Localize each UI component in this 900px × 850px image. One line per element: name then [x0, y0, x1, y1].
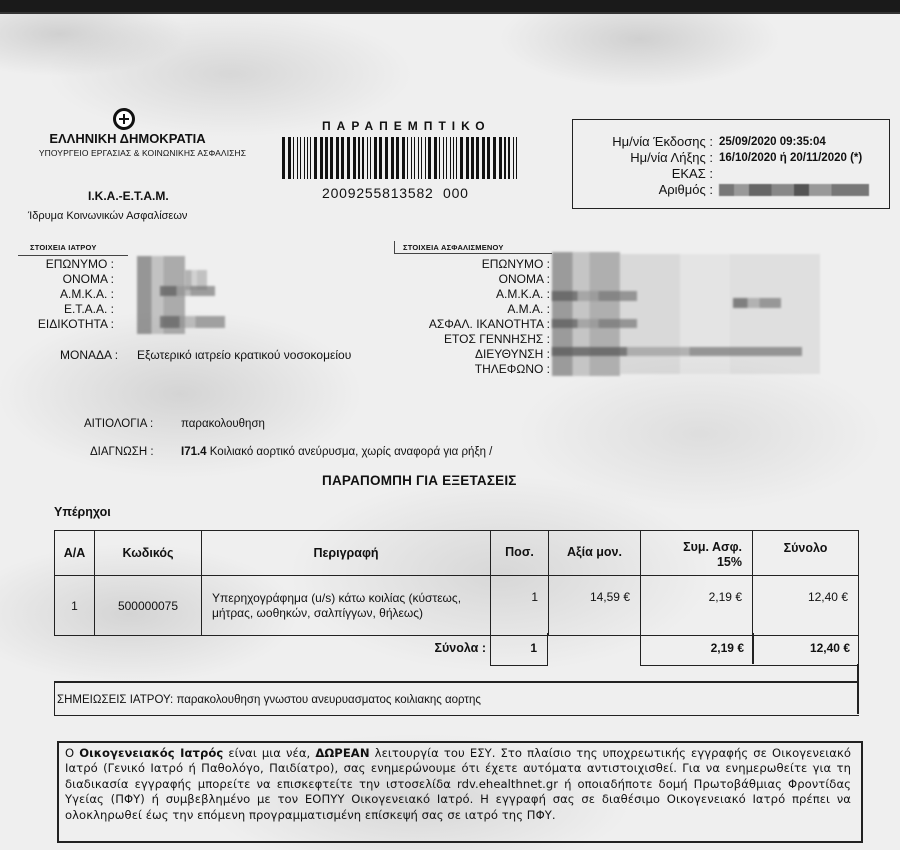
doctor-section-title: ΣΤΟΙΧΕΙΑ ΙΑΤΡΟΥ [30, 243, 97, 252]
document-title: ΠΑΡΑΠΕΜΠΤΙΚΟ [322, 119, 491, 133]
diagnosis-value: I71.4 Κοιλιακό αορτικό ανεύρυσμα, χωρίς … [181, 446, 492, 458]
redacted-insured-info [733, 298, 781, 308]
totals-participation: 2,19 € [641, 641, 744, 655]
col-quantity: Ποσ. [491, 531, 549, 576]
doctor-field-surname: ΕΠΩΝΥΜΟ : [0, 256, 118, 271]
insured-field-amka: Α.Μ.Κ.Α. : [376, 286, 554, 301]
exam-category: Υπέρηχοι [54, 505, 111, 519]
doctor-field-amka: Α.Μ.Κ.Α. : [0, 286, 118, 301]
table-header-row: Α/Α Κωδικός Περιγραφή Ποσ. Αξία μον. Συμ… [55, 531, 859, 576]
doctor-field-etaa: Ε.Τ.Α.Α. : [0, 301, 118, 316]
referral-title: ΠΑΡΑΠΟΜΠΗ ΓΙΑ ΕΞΕΤΑΣΕΙΣ [322, 473, 517, 488]
referral-document: ΕΛΛΗΝΙΚΗ ΔΗΜΟΚΡΑΤΙΑ ΥΠΟΥΡΓΕΙΟ ΕΡΓΑΣΙΑΣ &… [0, 12, 900, 850]
expiry-date-value: 16/10/2020 ή 20/11/2020 (*) [719, 150, 869, 166]
insured-field-insurance-capacity: ΑΣΦΑΛ. ΙΚΑΝΟΤΗΤΑ : [376, 316, 554, 331]
doctor-notes-box: ΣΗΜΕΙΩΣΕΙΣ ΙΑΤΡΟΥ: παρακολουθηση γνωστου… [54, 681, 859, 716]
ekas-label: ΕΚΑΣ : [573, 166, 713, 182]
dates-box: Ημ/νία Έκδοσης : 25/09/2020 09:35:04 Ημ/… [572, 119, 890, 209]
redacted-doctor-info [160, 316, 225, 328]
doctor-fields: ΕΠΩΝΥΜΟ : ΟΝΟΜΑ : Α.Μ.Κ.Α. : Ε.Τ.Α.Α. : … [0, 256, 118, 331]
table-row: 1 500000075 Υπερηχογράφημα (u/s) κάτω κο… [55, 576, 859, 636]
barcode-icon [282, 137, 520, 179]
organization-full-name: Ίδρυμα Κοινωνικών Ασφαλίσεων [28, 210, 187, 222]
expiry-date-label: Ημ/νία Λήξης : [573, 150, 713, 166]
greek-emblem-icon [113, 108, 135, 130]
unit-value: Εξωτερικό ιατρείο κρατικού νοσοκομείου [137, 348, 351, 362]
doctor-notes: ΣΗΜΕΙΩΣΕΙΣ ΙΑΤΡΟΥ: παρακολουθηση γνωστου… [57, 694, 481, 706]
exams-table: Α/Α Κωδικός Περιγραφή Ποσ. Αξία μον. Συμ… [54, 530, 859, 636]
insured-field-name: ΟΝΟΜΑ : [376, 271, 554, 286]
reason-value: παρακολουθηση [181, 418, 265, 430]
cell-total: 12,40 € [753, 576, 859, 636]
barcode-number: 2009255813582 000 [322, 185, 469, 201]
diagnosis-code: I71.4 [181, 446, 207, 458]
unit-label: ΜΟΝΑΔΑ : [60, 348, 118, 362]
organization-name: Ι.Κ.Α.-Ε.Τ.Α.Μ. [88, 189, 169, 203]
diagnosis-text: Κοιλιακό αορτικό ανεύρυσμα, χωρίς αναφορ… [207, 446, 493, 458]
cell-unit-value: 14,59 € [549, 576, 641, 636]
divider [394, 253, 552, 254]
col-unit-value: Αξία μον. [549, 531, 641, 576]
redacted-insured-info [552, 252, 620, 376]
redacted-insured-info [552, 347, 802, 356]
redacted-insured-info [552, 291, 637, 301]
totals-label: Σύνολα : [300, 641, 486, 655]
cell-code: 500000075 [95, 576, 202, 636]
reason-label: ΑΙΤΙΟΛΟΓΙΑ : [84, 418, 153, 430]
cell-quantity: 1 [491, 576, 549, 636]
number-label: Αριθμός : [573, 182, 713, 198]
insured-field-address: ΔΙΕΥΘΥΝΣΗ : [376, 346, 554, 361]
issue-date-label: Ημ/νία Έκδοσης : [573, 134, 713, 150]
col-total: Σύνολο [753, 531, 859, 576]
insured-field-birth-year: ΕΤΟΣ ΓΕΝΝΗΣΗΣ : [376, 331, 554, 346]
insured-field-surname: ΕΠΩΝΥΜΟ : [376, 256, 554, 271]
diagnosis-label: ΔΙΑΓΝΩΣΗ : [90, 446, 154, 458]
totals-quantity-cell: 1 [490, 633, 548, 666]
totals-total: 12,40 € [754, 641, 850, 655]
col-description: Περιγραφή [202, 531, 491, 576]
ekas-value [719, 166, 869, 182]
col-aa: Α/Α [55, 531, 95, 576]
col-participation: Συμ. Ασφ.15% [641, 531, 753, 576]
number-value-redacted [719, 182, 869, 198]
cell-aa: 1 [55, 576, 95, 636]
doctor-field-specialty: ΕΙΔΙΚΟΤΗΤΑ : [0, 316, 118, 331]
cell-participation: 2,19 € [641, 576, 753, 636]
issue-date-value: 25/09/2020 09:35:04 [719, 134, 869, 150]
totals-amounts: 2,19 € 12,40 € [640, 633, 859, 666]
redacted-insured-info [552, 319, 637, 328]
insured-section-title: ΣΤΟΙΧΕΙΑ ΑΣΦΑΛΙΣΜΕΝΟΥ [403, 243, 504, 252]
col-code: Κωδικός [95, 531, 202, 576]
doctor-field-name: ΟΝΟΜΑ : [0, 271, 118, 286]
cell-description: Υπερηχογράφημα (u/s) κάτω κοιλίας (κύστε… [202, 576, 491, 636]
family-doctor-info: Ο Οικογενειακός Ιατρός είναι μια νέα, ΔΩ… [57, 741, 863, 843]
redacted-doctor-info [160, 286, 215, 296]
insured-field-ama: Α.Μ.Α. : [376, 301, 554, 316]
insured-field-phone: ΤΗΛΕΦΩΝΟ : [376, 361, 554, 376]
ministry-name: ΥΠΟΥΡΓΕΙΟ ΕΡΓΑΣΙΑΣ & ΚΟΙΝΩΝΙΚΗΣ ΑΣΦΑΛΙΣΗ… [20, 148, 265, 158]
totals-quantity: 1 [530, 641, 537, 655]
redacted-insured-info [620, 254, 820, 374]
insured-fields: ΕΠΩΝΥΜΟ : ΟΝΟΜΑ : Α.Μ.Κ.Α. : Α.Μ.Α. : ΑΣ… [376, 256, 554, 376]
republic-title: ΕΛΛΗΝΙΚΗ ΔΗΜΟΚΡΑΤΙΑ [20, 131, 235, 146]
